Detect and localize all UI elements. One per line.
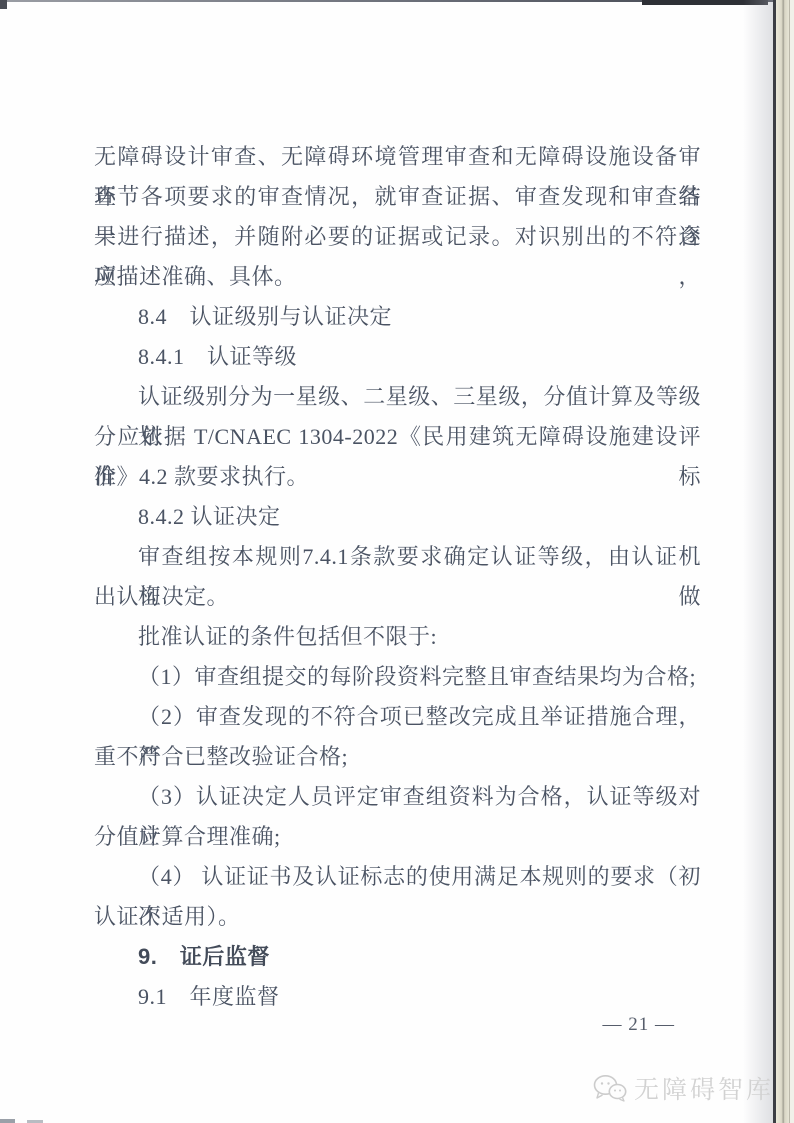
scanned-document-page: 无障碍设计审查、无障碍环境管理审查和无障碍设施设备审查各环节各项要求的审查情况，… xyxy=(0,0,794,1123)
page-body-text: 无障碍设计审查、无障碍环境管理审查和无障碍设施设备审查各环节各项要求的审查情况，… xyxy=(94,137,701,1017)
text-line: 环节各项要求的审查情况，就审查证据、审查发现和审查结果逐 xyxy=(94,177,701,217)
text-line: （4） 认证证书及认证标志的使用满足本规则的要求（初次 xyxy=(94,857,701,897)
page-number: — 21 — xyxy=(603,1014,676,1036)
scan-bottom-left-mark xyxy=(0,1119,15,1123)
text-line: 一进行描述，并随附必要的证据或记录。对识别出的不符合项， xyxy=(94,217,701,257)
text-line: 8.4.1 认证等级 xyxy=(94,337,701,377)
text-line: 重不符合已整改验证合格; xyxy=(94,737,701,777)
text-line: （2）审查发现的不符合项已整改完成且举证措施合理，严 xyxy=(94,697,701,737)
scan-top-left-mark xyxy=(0,0,7,9)
scan-right-outer-strip xyxy=(789,0,794,1123)
text-line: 8.4 认证级别与认证决定 xyxy=(94,297,701,337)
text-line: 认证不适用）。 xyxy=(94,897,701,937)
text-line: 批准认证的条件包括但不限于: xyxy=(94,617,701,657)
text-line: 审查组按本规则7.4.1条款要求确定认证等级，由认证机构做 xyxy=(94,537,701,577)
watermark: 无障碍智库 xyxy=(593,1070,774,1106)
text-line: （1）审查组提交的每阶段资料完整且审查结果均为合格; xyxy=(94,657,701,697)
text-line: 9.1 年度监督 xyxy=(94,977,701,1017)
scan-right-paper-edge xyxy=(776,0,790,1123)
text-line: 9. 证后监督 xyxy=(94,937,701,977)
wechat-icon xyxy=(593,1074,627,1102)
text-line: 分应依据 T/CNAEC 1304-2022《民用建筑无障碍设施建设评价标 xyxy=(94,417,701,457)
text-line: 8.4.2 认证决定 xyxy=(94,497,701,537)
text-line: 认证级别分为一星级、二星级、三星级，分值计算及等级划 xyxy=(94,377,701,417)
text-line: 分值计算合理准确; xyxy=(94,817,701,857)
scan-right-shade xyxy=(743,0,773,1123)
text-line: 无障碍设计审查、无障碍环境管理审查和无障碍设施设备审查各 xyxy=(94,137,701,177)
watermark-label: 无障碍智库 xyxy=(634,1070,774,1106)
text-line: （3）认证决定人员评定审查组资料为合格，认证等级对应 xyxy=(94,777,701,817)
